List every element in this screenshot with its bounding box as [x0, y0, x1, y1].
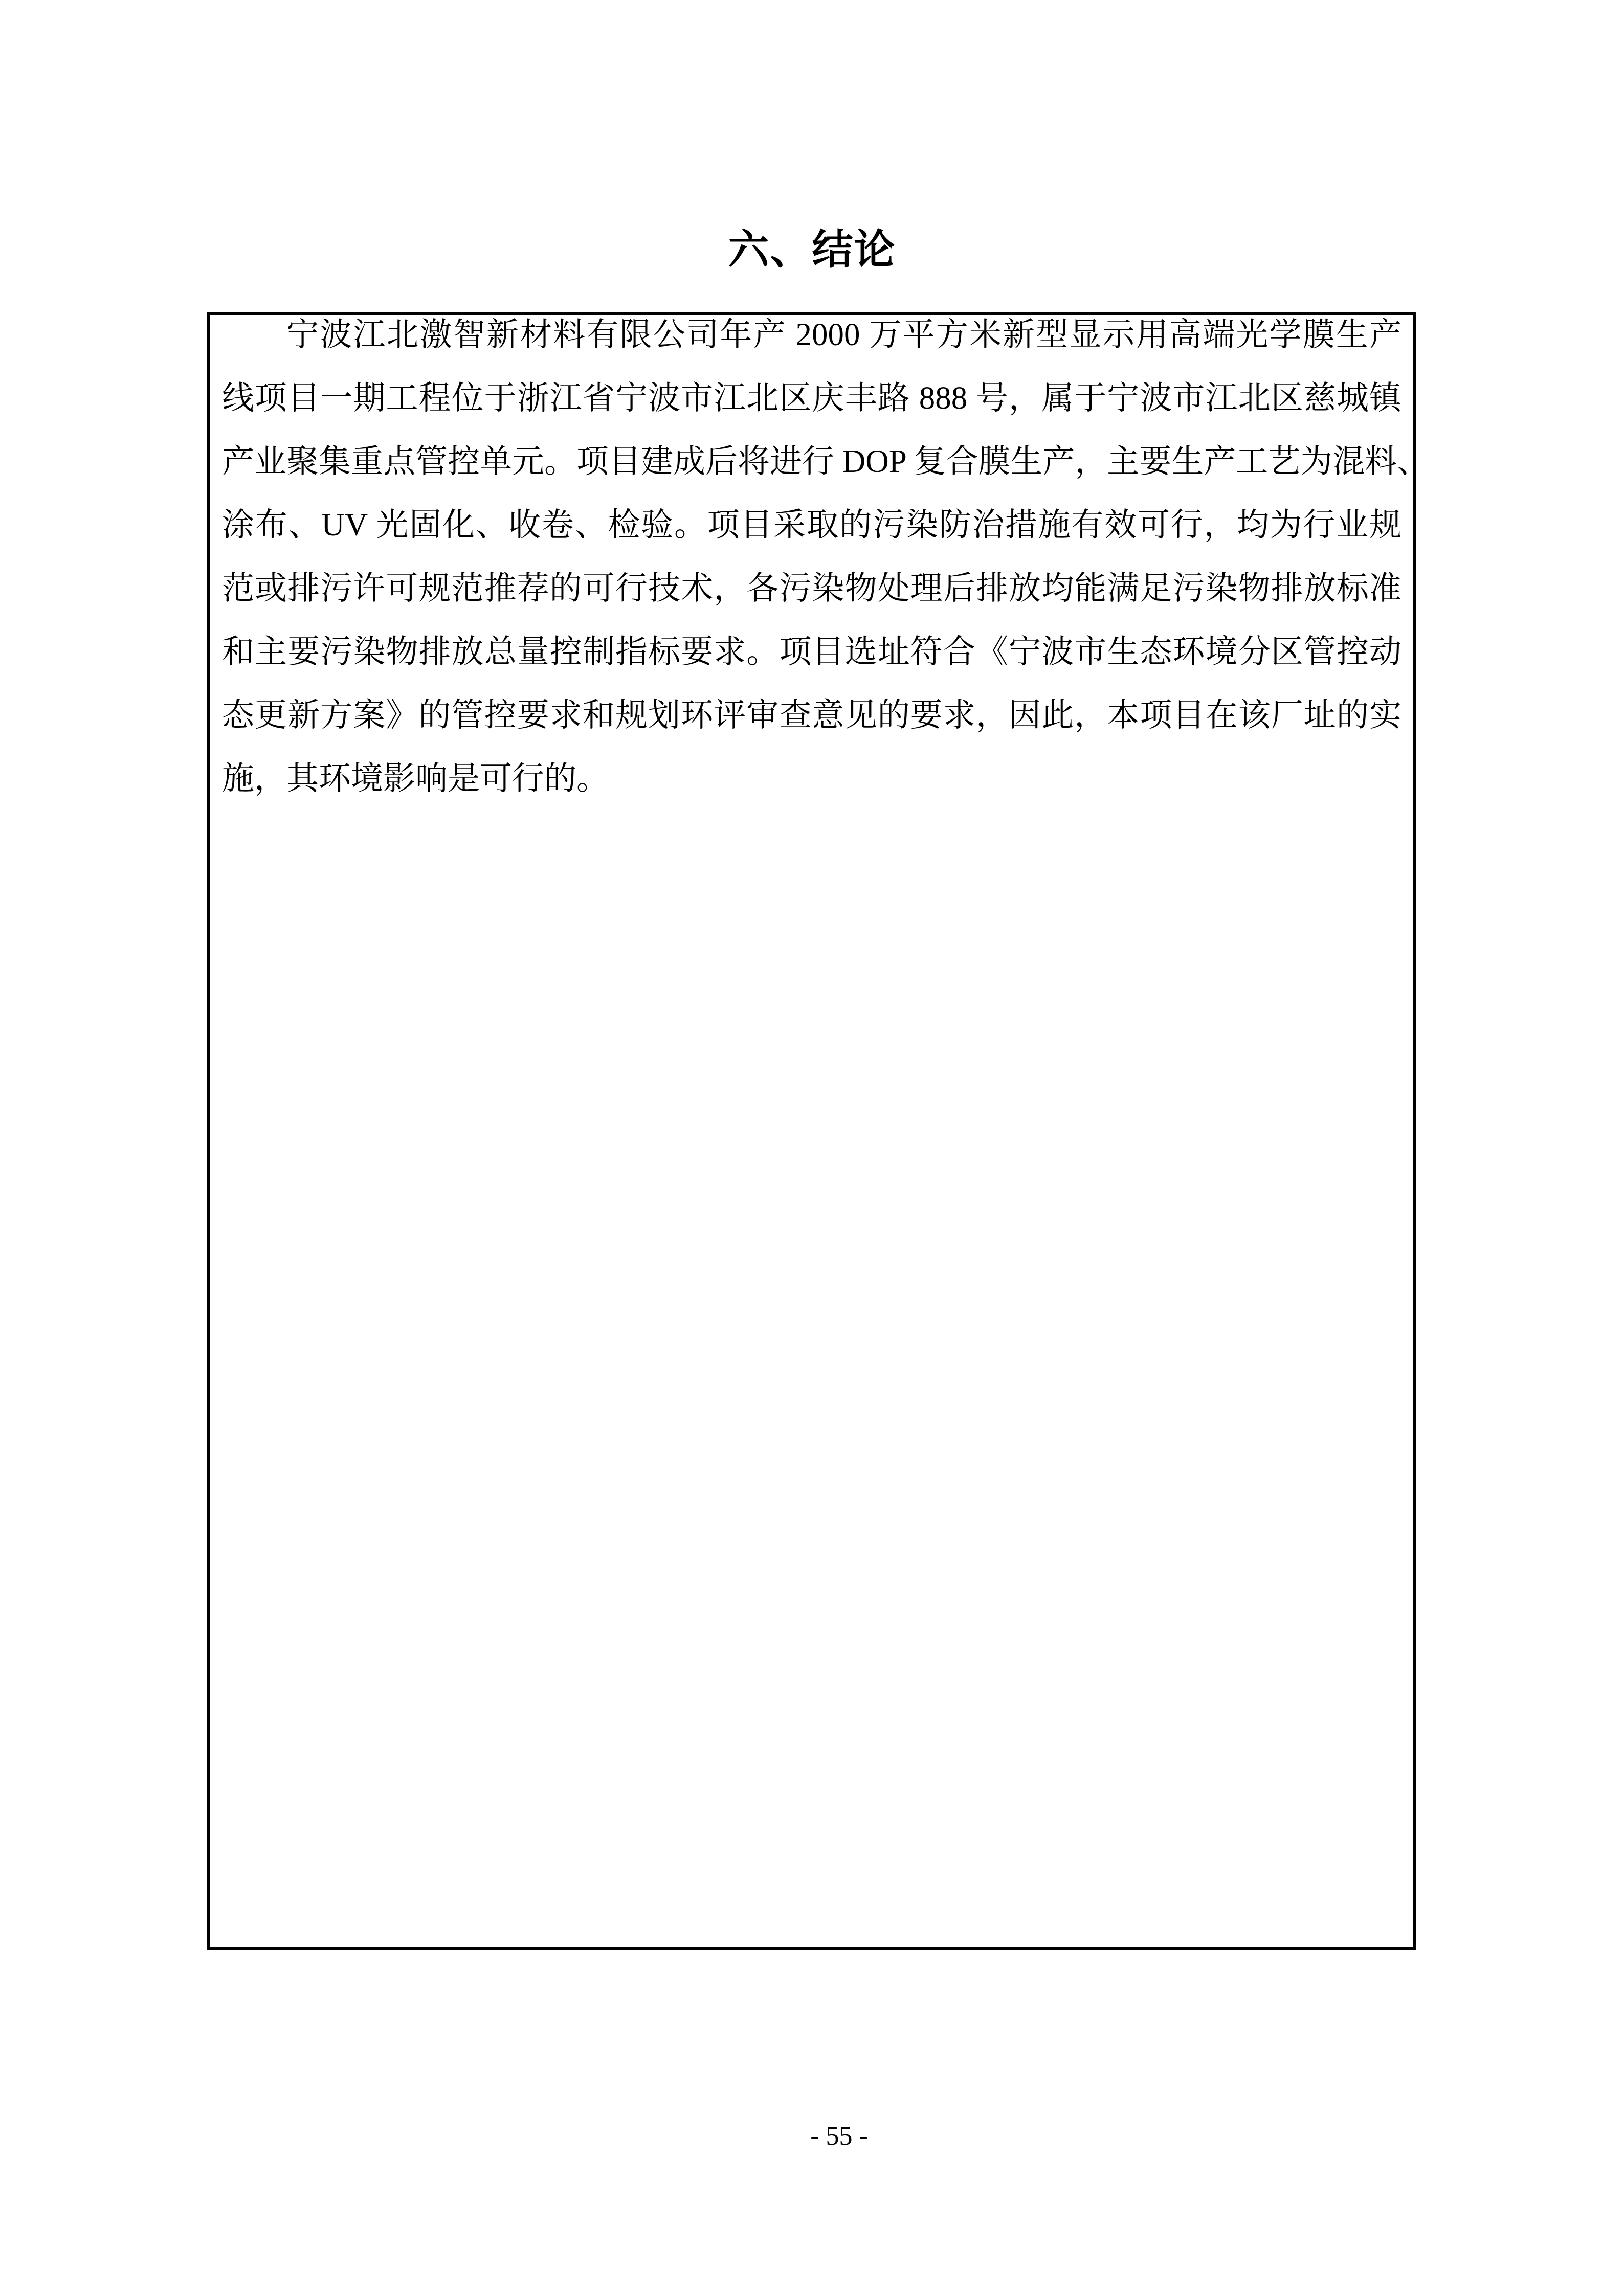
conclusion-box: 宁波江北激智新材料有限公司年产 2000 万平方米新型显示用高端光学膜生产 线项… [207, 312, 1416, 1950]
page-number: - 55 - [0, 2121, 1624, 2152]
conclusion-line: 范或排污许可规范推荐的可行技术，各污染物处理后排放均能满足污染物排放标准 [210, 556, 1413, 620]
conclusion-line: 宁波江北激智新材料有限公司年产 2000 万平方米新型显示用高端光学膜生产 [210, 303, 1413, 366]
conclusion-line: 涂布、UV 光固化、收卷、检验。项目采取的污染防治措施有效可行，均为行业规 [210, 493, 1413, 556]
conclusion-line: 线项目一期工程位于浙江省宁波市江北区庆丰路 888 号，属于宁波市江北区慈城镇 [210, 366, 1413, 430]
conclusion-line: 态更新方案》的管控要求和规划环评审查意见的要求，因此，本项目在该厂址的实 [210, 683, 1413, 747]
conclusion-line: 产业聚集重点管控单元。项目建成后将进行 DOP 复合膜生产，主要生产工艺为混料、 [210, 430, 1413, 493]
conclusion-line: 和主要污染物排放总量控制指标要求。项目选址符合《宁波市生态环境分区管控动 [210, 620, 1413, 683]
page-title: 六、结论 [0, 224, 1624, 275]
conclusion-line: 施，其环境影响是可行的。 [210, 747, 1413, 810]
